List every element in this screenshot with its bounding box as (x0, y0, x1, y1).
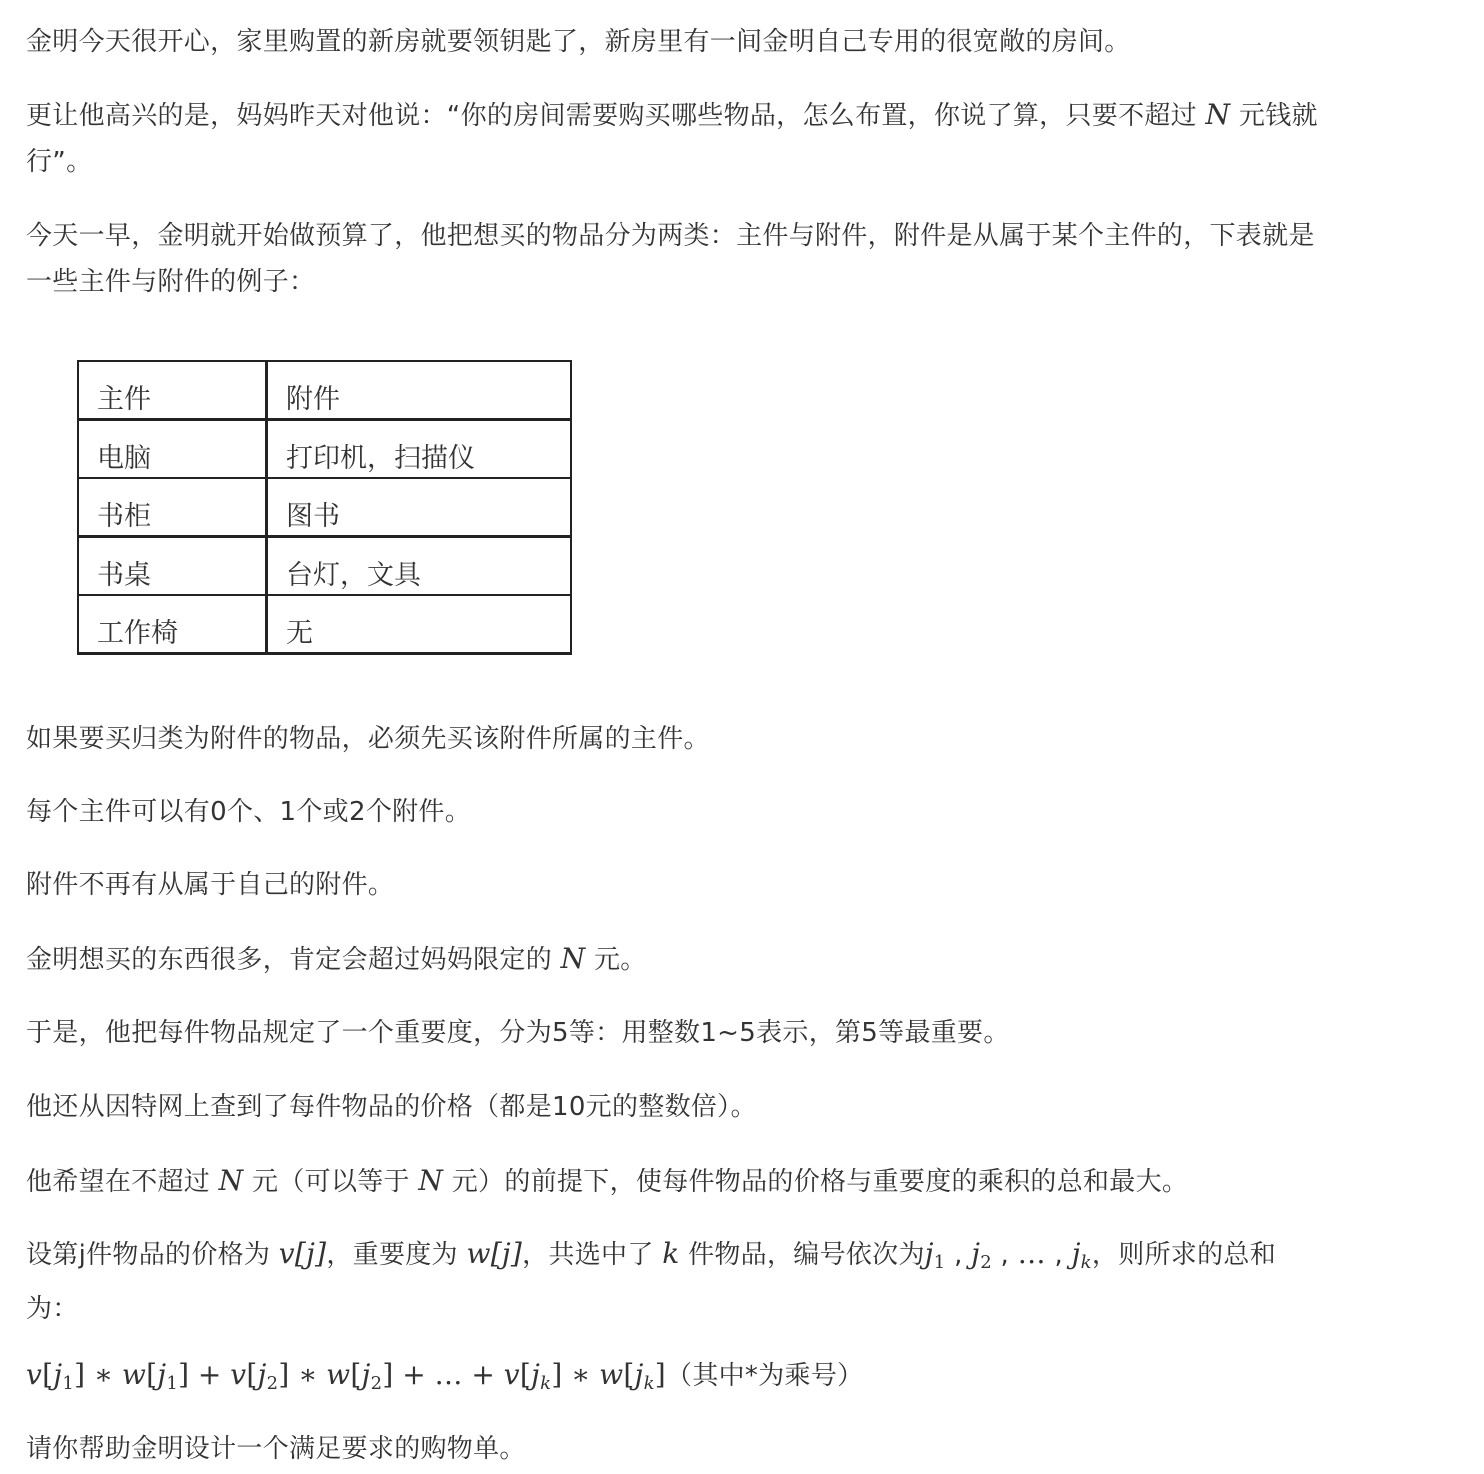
math-plus: + (471, 1358, 495, 1391)
math-v-j: v[j] (279, 1237, 327, 1270)
math-w: w (122, 1358, 146, 1391)
cell-main: 书桌 (78, 537, 267, 596)
table-row: 工作椅 无 (78, 595, 571, 654)
paragraph-budget: 今天一早，金明就开始做预算了，他把想买的物品分为两类：主件与附件，附件是从属于某… (26, 213, 1480, 305)
paragraph-rule-2: 每个主件可以有0个、1个或2个附件。 (26, 789, 1480, 835)
math-j: j (971, 1237, 980, 1270)
cell-accessory: 图书 (267, 478, 572, 537)
math-dots: … (435, 1358, 463, 1391)
text: 他还从因特网上查到了每件物品的价格（都是10元的整数倍）。 (26, 1092, 757, 1122)
math-star: ∗ (298, 1358, 317, 1391)
table-row: 书桌 台灯，文具 (78, 537, 571, 596)
paragraph-exceed: 金明想买的东西很多，肯定会超过妈妈限定的 N 元。 (26, 936, 1480, 983)
math-star: ∗ (571, 1358, 590, 1391)
paragraph-definition: 设第j件物品的价格为 v[j]，重要度为 w[j]，共选中了 k 件物品，编号依… (26, 1231, 1480, 1332)
table-row: 书柜 图书 (78, 478, 571, 537)
text: 于是，他把每件物品规定了一个重要度，分为5等：用整数1~5表示，第5等最重要。 (26, 1018, 1010, 1048)
math-sub: 1 (934, 1252, 946, 1273)
text: 更让他高兴的是，妈妈昨天对他说：“你的房间需要购买哪些物品，怎么布置，你说了算，… (26, 101, 1206, 131)
paragraph-rule-3: 附件不再有从属于自己的附件。 (26, 862, 1480, 908)
math-j: j (635, 1358, 644, 1391)
math-j: j (258, 1358, 267, 1391)
math-star: ∗ (94, 1358, 113, 1391)
math-v: v (26, 1358, 42, 1391)
text: 请你帮助金明设计一个满足要求的购物单。 (26, 1434, 526, 1464)
text: 元）的前提下，使每件物品的价格与重要度的乘积的总和最大。 (443, 1167, 1188, 1197)
paragraph-request: 请你帮助金明设计一个满足要求的购物单。 (26, 1426, 1480, 1472)
text: ，重要度为 (326, 1240, 466, 1270)
cell-accessory: 无 (267, 595, 572, 654)
math-v: v (230, 1358, 246, 1391)
math-j: j (925, 1237, 934, 1270)
header-main-item: 主件 (78, 361, 267, 420)
text: 他希望在不超过 (26, 1167, 219, 1197)
cell-accessory: 打印机，扫描仪 (267, 420, 572, 479)
math-w: w (326, 1358, 350, 1391)
math-j: j (362, 1358, 371, 1391)
math-sub: 2 (371, 1373, 383, 1394)
header-accessory: 附件 (267, 361, 572, 420)
text: 元。 (585, 945, 646, 975)
text: 今天一早，金明就开始做预算了，他把想买的物品分为两类：主件与附件，附件是从属于某… (26, 221, 1315, 251)
math-plus: + (198, 1358, 222, 1391)
table-header-row: 主件 附件 (78, 361, 571, 420)
math-sub: k (540, 1373, 551, 1394)
paragraph-price: 他还从因特网上查到了每件物品的价格（都是10元的整数倍）。 (26, 1084, 1480, 1130)
math-sub: 2 (267, 1373, 279, 1394)
math-sub: 2 (980, 1252, 992, 1273)
table-row: 电脑 打印机，扫描仪 (78, 420, 571, 479)
math-w: w (599, 1358, 623, 1391)
text: 件物品，编号依次为 (680, 1240, 925, 1270)
math-j: j (1072, 1237, 1081, 1270)
cell-main: 工作椅 (78, 595, 267, 654)
text: 如果要买归类为附件的物品，必须先买该附件所属的主件。 (26, 724, 710, 754)
text: 每个主件可以有0个、1个或2个附件。 (26, 797, 471, 827)
math-j: j (53, 1358, 62, 1391)
formula-note: （其中*为乘号） (666, 1361, 863, 1391)
math-v: v (504, 1358, 520, 1391)
text: ，共选中了 (522, 1240, 662, 1270)
paragraph-rule-1: 如果要买归类为附件的物品，必须先买该附件所属的主件。 (26, 716, 1480, 762)
text: 行”。 (26, 147, 92, 177)
items-table: 主件 附件 电脑 打印机，扫描仪 书柜 图书 书桌 台灯，文具 工作椅 无 (77, 360, 572, 655)
math-j: j (157, 1358, 166, 1391)
cell-main: 电脑 (78, 420, 267, 479)
math-w-j: w[j] (466, 1237, 522, 1270)
paragraph-goal: 他希望在不超过 N 元（可以等于 N 元）的前提下，使每件物品的价格与重要度的乘… (26, 1158, 1480, 1205)
math-plus: + (402, 1358, 426, 1391)
math-sub: 1 (62, 1373, 74, 1394)
text: 元钱就 (1230, 101, 1317, 131)
math-dots: … (1018, 1237, 1046, 1270)
text: 设第j件物品的价格为 (26, 1240, 279, 1270)
math-var-n: N (1206, 98, 1231, 131)
math-var-n: N (418, 1164, 443, 1197)
text: 金明今天很开心，家里购置的新房就要领钥匙了，新房里有一间金明自己专用的很宽敞的房… (26, 27, 1131, 57)
math-var-n: N (561, 942, 586, 975)
text: 一些主件与附件的例子： (26, 267, 315, 297)
text: 为： (26, 1294, 79, 1324)
formula-line: v[j1] ∗ w[j1] + v[j2] ∗ w[j2] + … + v[jk… (26, 1352, 1480, 1407)
paragraph-mom-said: 更让他高兴的是，妈妈昨天对他说：“你的房间需要购买哪些物品，怎么布置，你说了算，… (26, 92, 1480, 185)
math-sub: 1 (166, 1373, 178, 1394)
text: 元（可以等于 (243, 1167, 418, 1197)
math-var-n: N (219, 1164, 244, 1197)
math-sub: k (644, 1373, 655, 1394)
cell-main: 书柜 (78, 478, 267, 537)
math-k: k (662, 1237, 679, 1270)
math-sub: k (1081, 1252, 1092, 1273)
items-table-container: 主件 附件 电脑 打印机，扫描仪 书柜 图书 书桌 台灯，文具 工作椅 无 (77, 360, 572, 655)
text: 附件不再有从属于自己的附件。 (26, 870, 394, 900)
text: ，则所求的总和 (1092, 1240, 1276, 1270)
paragraph-intro: 金明今天很开心，家里购置的新房就要领钥匙了，新房里有一间金明自己专用的很宽敞的房… (26, 19, 1480, 65)
paragraph-importance: 于是，他把每件物品规定了一个重要度，分为5等：用整数1~5表示，第5等最重要。 (26, 1010, 1480, 1056)
text: 金明想买的东西很多，肯定会超过妈妈限定的 (26, 945, 561, 975)
cell-accessory: 台灯，文具 (267, 537, 572, 596)
math-j: j (531, 1358, 540, 1391)
